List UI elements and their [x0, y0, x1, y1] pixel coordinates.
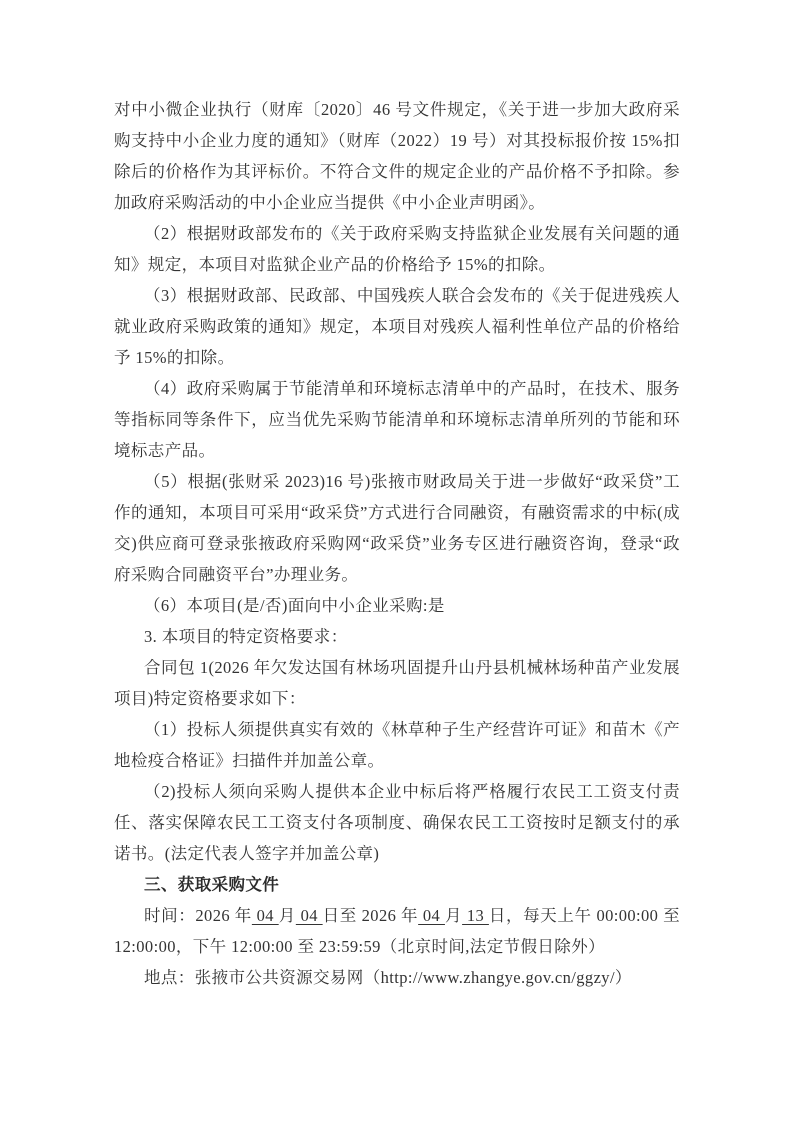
- para-time-with-underlined-dates: 时间：2026 年 04 月 04 日至 2026 年 04 月 13 日，每天…: [114, 900, 680, 962]
- underlined-date-value: 04: [296, 906, 323, 925]
- para-requirement-2-wage-commitment: （2)投标人须向采购人提供本企业中标后将严格履行农民工工资支付责任、落实保障农民…: [114, 776, 680, 869]
- section-heading-obtain-procurement-documents: 三、获取采购文件: [114, 869, 680, 900]
- time-text-segment: 时间：2026 年: [144, 906, 252, 925]
- para-contract-package-1: 合同包 1(2026 年欠发达国有林场巩固提升山丹县机械林场种苗产业发展项目)特…: [114, 652, 680, 714]
- para-location-url: 地点：张掖市公共资源交易网（http://www.zhangye.gov.cn/…: [114, 962, 680, 993]
- para-item-3-specific-qualification: 3. 本项目的特定资格要求：: [114, 621, 680, 652]
- para-clause-4-energy-saving-products: （4）政府采购属于节能清单和环境标志清单中的产品时，在技术、服务等指标同等条件下…: [114, 373, 680, 466]
- underlined-date-value: 13: [462, 906, 489, 925]
- time-text-segment: 月: [445, 906, 462, 925]
- para-requirement-1-license: （1）投标人须提供真实有效的《林草种子生产经营许可证》和苗木《产地检疫合格证》扫…: [114, 714, 680, 776]
- time-text-segment: 月: [279, 906, 296, 925]
- procurement-notice-page: 对中小微企业执行（财库〔2020〕46 号文件规定，《关于进一步加大政府采购支持…: [114, 94, 680, 993]
- para-smme-price-deduction-continuation: 对中小微企业执行（财库〔2020〕46 号文件规定，《关于进一步加大政府采购支持…: [114, 94, 680, 218]
- para-clause-5-zhengcaidai-financing: （5）根据(张财采 2023)16 号)张掖市财政局关于进一步做好“政采贷”工作…: [114, 466, 680, 590]
- time-text-segment: 日至 2026 年: [323, 906, 419, 925]
- underlined-date-value: 04: [418, 906, 445, 925]
- underlined-date-value: 04: [252, 906, 279, 925]
- para-clause-3-disabled-welfare-units: （3）根据财政部、民政部、中国残疾人联合会发布的《关于促进残疾人就业政府采购政策…: [114, 280, 680, 373]
- para-clause-2-prison-enterprises: （2）根据财政部发布的《关于政府采购支持监狱企业发展有关问题的通知》规定，本项目…: [114, 218, 680, 280]
- para-clause-6-smme-orientation: （6）本项目(是/否)面向中小企业采购:是: [114, 590, 680, 621]
